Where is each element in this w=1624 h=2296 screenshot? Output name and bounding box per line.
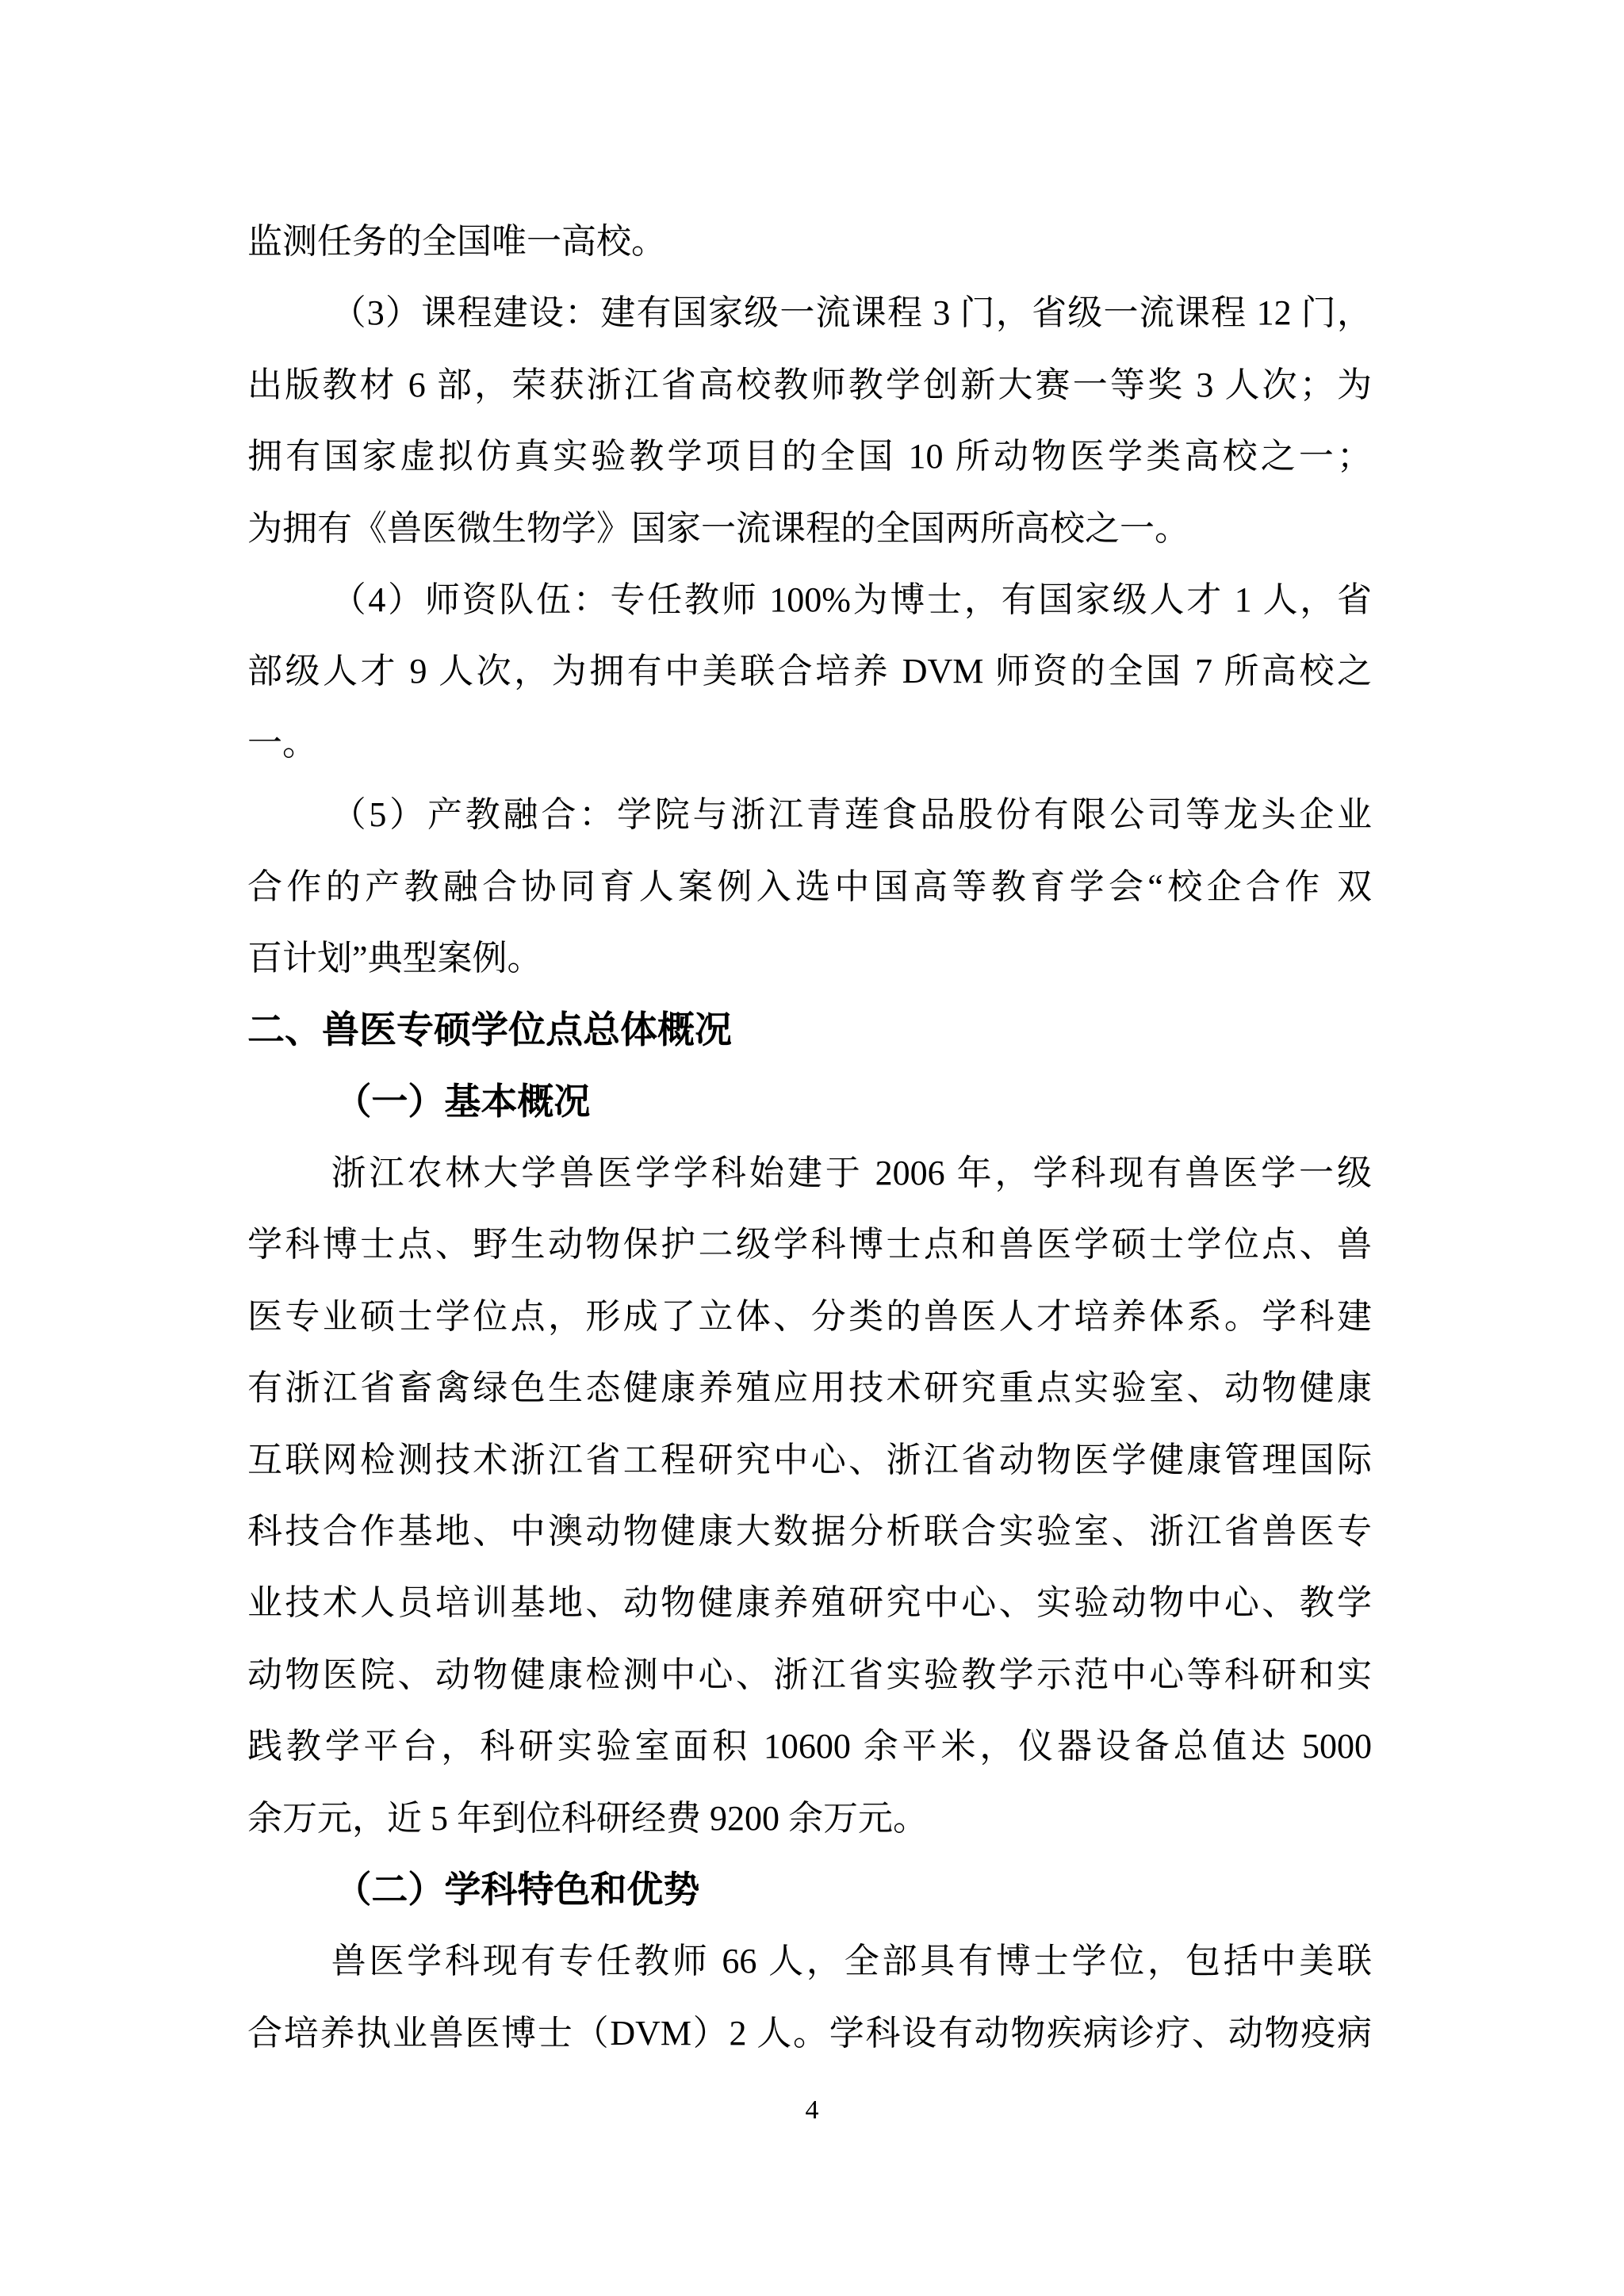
text-line: 医专业硕士学位点，形成了立体、分类的兽医人才培养体系。学科建 [247, 1281, 1372, 1353]
sub-heading: （二）学科特色和优势 [247, 1854, 1372, 1926]
text-line: 为拥有《兽医微生物学》国家一流课程的全国两所高校之一。 [247, 493, 1372, 564]
text-line: 浙江农林大学兽医学学科始建于 2006 年，学科现有兽医学一级 [247, 1138, 1372, 1209]
text-line: 合作的产教融合协同育人案例入选中国高等教育学会“校企合作 双 [247, 851, 1372, 923]
text-line: 出版教材 6 部，荣获浙江省高校教师教学创新大赛一等奖 3 人次；为 [247, 350, 1372, 421]
text-line: 业技术人员培训基地、动物健康养殖研究中心、实验动物中心、教学 [247, 1567, 1372, 1639]
text-line: 动物医院、动物健康检测中心、浙江省实验教学示范中心等科研和实 [247, 1640, 1372, 1711]
text-line: （4）师资队伍：专任教师 100%为博士，有国家级人才 1 人，省 [247, 564, 1372, 636]
text-line: 兽医学科现有专任教师 66 人，全部具有博士学位，包括中美联 [247, 1926, 1372, 1997]
text-line: 拥有国家虚拟仿真实验教学项目的全国 10 所动物医学类高校之一； [247, 421, 1372, 492]
text-line: 有浙江省畜禽绿色生态健康养殖应用技术研究重点实验室、动物健康 [247, 1353, 1372, 1424]
text-line: （5）产教融合：学院与浙江青莲食品股份有限公司等龙头企业 [247, 779, 1372, 851]
text-line: 践教学平台，科研实验室面积 10600 余平米，仪器设备总值达 5000 [247, 1711, 1372, 1782]
document-page: 监测任务的全国唯一高校。（3）课程建设：建有国家级一流课程 3 门，省级一流课程… [0, 0, 1624, 2296]
text-line: 百计划”典型案例。 [247, 923, 1372, 994]
text-line: 学科博士点、野生动物保护二级学科博士点和兽医学硕士学位点、兽 [247, 1209, 1372, 1280]
document-body: 监测任务的全国唯一高校。（3）课程建设：建有国家级一流课程 3 门，省级一流课程… [247, 206, 1372, 2069]
text-line: 部级人才 9 人次，为拥有中美联合培养 DVM 师资的全国 7 所高校之 [247, 636, 1372, 707]
text-line: 监测任务的全国唯一高校。 [247, 206, 1372, 277]
section-heading: 二、兽医专硕学位点总体概况 [247, 994, 1372, 1066]
text-line: 余万元，近 5 年到位科研经费 9200 余万元。 [247, 1783, 1372, 1854]
text-line: 科技合作基地、中澳动物健康大数据分析联合实验室、浙江省兽医专 [247, 1496, 1372, 1567]
text-line: 互联网检测技术浙江省工程研究中心、浙江省动物医学健康管理国际 [247, 1425, 1372, 1496]
text-line: 合培养执业兽医博士（DVM）2 人。学科设有动物疾病诊疗、动物疫病 [247, 1998, 1372, 2069]
text-line: 一。 [247, 708, 1372, 779]
page-number: 4 [0, 2093, 1624, 2128]
text-line: （3）课程建设：建有国家级一流课程 3 门，省级一流课程 12 门， [247, 277, 1372, 349]
sub-heading: （一）基本概况 [247, 1066, 1372, 1138]
